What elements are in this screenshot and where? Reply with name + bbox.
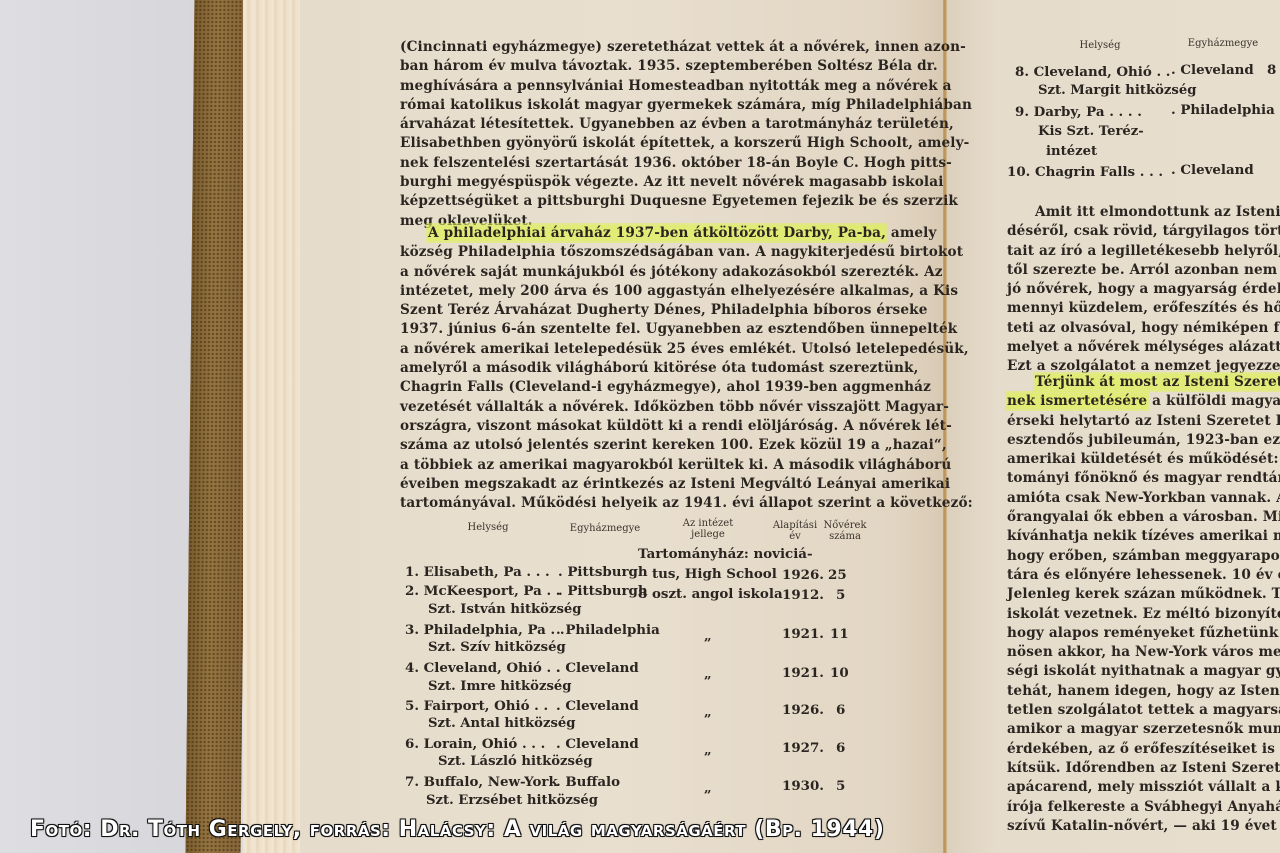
table-row-7-count: 5 (836, 778, 845, 794)
table-row-7-place: 7. Buffalo, New-York (405, 774, 558, 790)
text-line: burghi megyéspüspök végezte. Az itt neve… (400, 173, 877, 192)
desk-background (0, 0, 200, 853)
table-row-2-diocese: . Pittsburgh (558, 583, 648, 599)
text-line: amióta csak New-Yorkban vannak. A m (1007, 489, 1280, 508)
header-sisters-line1: Nővérek (820, 520, 870, 531)
header-sisters-line2: száma (820, 531, 870, 542)
text-line: nek felszentelési szertartását 1936. okt… (400, 154, 877, 173)
table-row-6-parish: Szt. László hitközség (438, 754, 593, 769)
text-line: 1937. június 6-án szentelte fel. Ugyaneb… (400, 320, 873, 339)
photo-credit-caption: Fotó: Dr. Tóth Gergely, forrás: Halácsy:… (30, 817, 1260, 842)
text-line: kítsük. Időrendben az Isteni Szeretet Le (1007, 759, 1280, 778)
text-line: teti az olvasóval, hogy némiképen felmé (1007, 319, 1280, 338)
header-place: Helység (443, 522, 533, 533)
text-line: száma az utolsó jelentés szerint kereken… (400, 436, 873, 455)
text-line: érdekében, az ő erőfeszítéseiket is felj… (1007, 740, 1280, 759)
table-row-9-parish-line1: Kis Szt. Teréz- (1038, 124, 1144, 139)
text-line: a nővérek saját munkájukból és jótékony … (400, 263, 873, 282)
table-row-6-count: 6 (836, 740, 845, 756)
text-line: képzettségüket a pittsburghi Duquesne Eg… (400, 192, 877, 211)
table-row-1-type-line1: Tartományház: noviciá- (638, 546, 813, 562)
text-line: Szent Teréz Árvaházat Dugherty Dénes, Ph… (400, 301, 873, 320)
table-row-1-type: tus, High School (652, 566, 777, 582)
text-line: meghívására a pennsylvániai Homesteadban… (400, 77, 877, 96)
table-row-2-type: 8 oszt. angol iskola (638, 586, 783, 602)
text-line: intézetet, mely 200 árva és 100 aggastyá… (400, 282, 873, 301)
header-founded: Alapítási év (770, 520, 820, 542)
header-sisters: Nővérek száma (820, 520, 870, 542)
text-line: ségi iskolát nyithatnak a magyar gyermek (1007, 662, 1280, 681)
header-founded-line1: Alapítási (770, 520, 820, 531)
table-row-8-parish: Szt. Margit hitközség (1038, 83, 1196, 98)
table-row-6-place: 6. Lorain, Ohió . . . (405, 736, 545, 752)
table-row-3-type: „ (704, 628, 712, 644)
right-paragraph-2: Térjünk át most az Isteni Szeretet L nek… (1007, 373, 1280, 836)
text-line: Chagrin Falls (Cleveland-i egyházmegye),… (400, 378, 873, 397)
table-row-5-year: 1926. (782, 702, 824, 718)
text-line: kívánhatja nekik tízéves amerikai műk (1007, 527, 1280, 546)
table-row-3-parish: Szt. Szív hitközség (428, 640, 566, 655)
header-type-line1: Az intézet (668, 518, 748, 529)
text-line: Térjünk át most az Isteni Szeretet L (1007, 373, 1280, 392)
text-fragment: amely (886, 225, 937, 241)
highlighted-text: Térjünk át most az Isteni Szeretet L (1035, 374, 1280, 390)
table-row-7-diocese: . Buffalo (556, 774, 620, 790)
text-line: nek ismertetésére a külföldi magyarság (1007, 392, 1280, 411)
table-row-8-diocese: . Cleveland (1171, 62, 1254, 78)
text-line: Amit itt elmondottunk az Isteni M (1007, 203, 1280, 222)
table-row-4-place: 4. Cleveland, Ohió . . (405, 660, 560, 676)
text-line: déséről, csak rövid, tárgyilagos történe… (1007, 222, 1280, 241)
table-row-5-diocese: . Cleveland (556, 698, 639, 714)
book-spine-cloth (186, 0, 250, 853)
text-line: ban három év mulva távoztak. 1935. szept… (400, 57, 877, 76)
table-row-8-type: 8 (1267, 62, 1276, 78)
table-row-1-year: 1926. (782, 567, 824, 583)
table-row-5-count: 6 (836, 702, 845, 718)
table-row-9-diocese: . Philadelphia (1171, 102, 1275, 118)
table-row-5-parish: Szt. Antal hitközség (428, 716, 576, 731)
text-line: őrangyalai ők ebben a városban. Minder (1007, 508, 1280, 527)
table-row-3-count: 11 (830, 626, 849, 642)
table-row-5-type: „ (704, 704, 712, 720)
table-row-7-year: 1930. (782, 778, 824, 794)
table-row-7-type: „ (704, 780, 712, 796)
text-line: nösen akkor, ha New-York város metrop (1007, 643, 1280, 662)
text-line: tartományával. Működési helyeik az 1941.… (400, 494, 873, 513)
text-line: éveiben megszakadt az érintkezés az Iste… (400, 475, 873, 494)
text-line: esztendős jubileumán, 1923-ban ezekkel a (1007, 431, 1280, 450)
text-line: tára és előnyére lehessenek. 10 év óta v (1007, 566, 1280, 585)
table-row-7-parish: Szt. Erzsébet hitközség (426, 793, 598, 808)
text-line: amerikai küldetését és működését: „Tisz (1007, 450, 1280, 469)
text-line: amikor a magyar szerzetesnők munkáját (1007, 720, 1280, 739)
text-line: a többiek az amerikai magyarokból került… (400, 456, 873, 475)
table-row-1-count: 25 (828, 567, 847, 583)
left-paragraph-2: A philadelphiai árvaház 1937-ben átköltö… (400, 224, 873, 513)
text-line: iskolát vezetnek. Ez méltó bizonyíték, I… (1007, 605, 1280, 624)
text-line: mennyi küzdelem, erőfeszítés és hősi els (1007, 299, 1280, 318)
text-line: érseki helytartó az Isteni Szeretet Leán (1007, 412, 1280, 431)
table-row-6-year: 1927. (782, 740, 824, 756)
text-line: amelyről a második világháború kitörése … (400, 359, 873, 378)
text-line: A philadelphiai árvaház 1937-ben átköltö… (400, 224, 873, 243)
text-fragment: a külföldi magyarság (1147, 393, 1280, 409)
text-line: tományi főnöknő és magyar rendtársai r (1007, 469, 1280, 488)
table-row-4-count: 10 (830, 665, 849, 681)
text-line: (Cincinnati egyházmegye) szeretetházat v… (400, 38, 877, 57)
text-line: Elisabethben gyönyörű iskolát építettek,… (400, 134, 877, 153)
table-row-10-diocese: . Cleveland (1171, 162, 1254, 178)
header-diocese: Egyházmegye (1173, 38, 1273, 49)
text-line: hogy erőben, számban meggyarapodva, n (1007, 547, 1280, 566)
left-paragraph-1: (Cincinnati egyházmegye) szeretetházat v… (400, 38, 877, 231)
table-row-6-diocese: . Cleveland (556, 736, 639, 752)
text-line: tehát, hanem idegen, hogy az Isteni Sze (1007, 682, 1280, 701)
text-line: melyet a nővérek mélységes alázattal mi (1007, 338, 1280, 357)
table-row-4-parish: Szt. Imre hitközség (428, 679, 572, 694)
table-row-10-place: 10. Chagrin Falls . . . (1007, 164, 1163, 180)
header-place: Helység (1055, 40, 1145, 51)
text-line: Jelenleg kerek százan működnek. Tíz re (1007, 585, 1280, 604)
table-row-1-diocese: . Pittsburgh (558, 564, 648, 580)
text-line: írója felkereste a Svábhegyi Anyaházban (1007, 798, 1280, 817)
text-line: község Philadelphia tőszomszédságában va… (400, 243, 873, 262)
table-row-2-place: 2. McKeesport, Pa . . (405, 583, 560, 599)
highlighted-text: A philadelphiai árvaház 1937-ben átköltö… (428, 225, 886, 241)
header-diocese: Egyházmegye (560, 523, 650, 534)
table-row-5-place: 5. Fairport, Ohió . . (405, 698, 548, 714)
table-row-2-parish: Szt. István hitközség (428, 602, 582, 617)
text-line: római katolikus iskolát magyar gyermekek… (400, 96, 877, 115)
table-row-3-year: 1921. (782, 626, 824, 642)
table-row-2-year: 1912. (782, 587, 824, 603)
table-row-3-diocese: . Philadelphia (556, 622, 660, 638)
table-row-3-place: 3. Philadelphia, Pa . . (405, 622, 564, 638)
text-line: tait az író a legilletékesebb helyről, a… (1007, 242, 1280, 261)
table-row-9-parish-line2: intézet (1046, 144, 1097, 159)
table-row-4-diocese: . Cleveland (556, 660, 639, 676)
text-line: jó nővérek, hogy a magyarság érdekéb (1007, 280, 1280, 299)
table-row-2-count: 5 (836, 587, 845, 603)
text-line: től szerezte be. Arról azonban nem besz (1007, 261, 1280, 280)
table-row-9-place: 9. Darby, Pa . . . . (1015, 104, 1142, 120)
text-line: országra, viszont másokat küldött ki a r… (400, 417, 873, 436)
text-line: tetlen szolgálatot tettek a magyarságért… (1007, 701, 1280, 720)
text-line: árvaházat létesítettek. Ugyanebben az év… (400, 115, 877, 134)
highlighted-text: nek ismertetésére (1007, 393, 1147, 409)
text-line: apácarend, mely missziót vállalt a külfö… (1007, 778, 1280, 797)
header-type: Az intézet jellege (668, 518, 748, 540)
table-row-1-place: 1. Elisabeth, Pa . . . (405, 564, 550, 580)
table-row-6-type: „ (704, 742, 712, 758)
text-line: vezetését vállalták a nővérek. Időközben… (400, 398, 873, 417)
table-row-8-place: 8. Cleveland, Ohió . . (1015, 64, 1170, 80)
text-line: a nővérek amerikai letelepedésük 25 éves… (400, 340, 873, 359)
header-founded-line2: év (770, 531, 820, 542)
text-line: hogy alapos reményeket fűzhetünk műkö (1007, 624, 1280, 643)
header-type-line2: jellege (668, 529, 748, 540)
right-paragraph-1: Amit itt elmondottunk az Isteni M désérő… (1007, 203, 1280, 377)
table-row-4-year: 1921. (782, 665, 824, 681)
table-row-4-type: „ (704, 666, 712, 682)
